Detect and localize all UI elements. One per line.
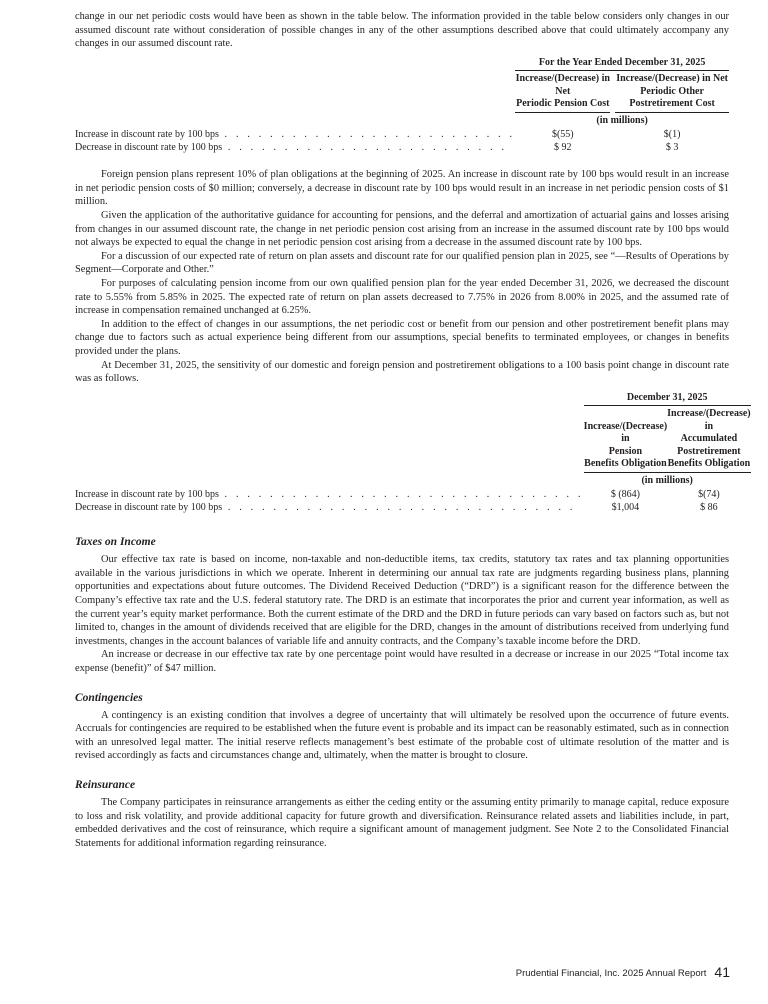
cell-value: $(1): [615, 129, 729, 142]
table-row: Decrease in discount rate by 100 bps . .…: [75, 142, 729, 155]
paragraph: For a discussion of our expected rate of…: [75, 250, 729, 277]
report-title: Prudential Financial, Inc. 2025 Annual R…: [516, 968, 707, 979]
table1-col-pension-header: Increase/(Decrease) in Net Periodic Pens…: [515, 71, 610, 113]
row-label: Increase in discount rate by 100 bps . .…: [75, 489, 584, 502]
cell-value: $ 92: [515, 142, 610, 155]
section-heading-contingencies: Contingencies: [75, 692, 729, 704]
cell-value: $ 86: [667, 502, 750, 515]
row-label: Decrease in discount rate by 100 bps . .…: [75, 142, 515, 155]
page-number: 41: [714, 964, 730, 980]
table2-col-pension-header: Increase/(Decrease) in Pension Benefits …: [584, 406, 667, 473]
section-heading-reinsurance: Reinsurance: [75, 779, 729, 791]
benefit-obligation-sensitivity-table: December 31, 2025 Increase/(Decrease) in…: [75, 392, 751, 515]
paragraph: Given the application of the authoritati…: [75, 209, 729, 250]
row-label: Decrease in discount rate by 100 bps . .…: [75, 502, 584, 515]
table1-col-postretirement-header: Increase/(Decrease) in Net Periodic Othe…: [615, 71, 729, 113]
paragraph: Our effective tax rate is based on incom…: [75, 553, 729, 648]
document-page: change in our net periodic costs would h…: [75, 10, 729, 850]
net-periodic-cost-sensitivity-table: For the Year Ended December 31, 2025 Inc…: [75, 57, 729, 155]
cell-value: $1,004: [584, 502, 667, 515]
table2-units: (in millions): [584, 472, 751, 489]
paragraph: Foreign pension plans represent 10% of p…: [75, 168, 729, 209]
table-row: Decrease in discount rate by 100 bps . .…: [75, 502, 751, 515]
paragraph: In addition to the effect of changes in …: [75, 318, 729, 359]
cell-value: $(74): [667, 489, 750, 502]
paragraph: For purposes of calculating pension inco…: [75, 277, 729, 318]
table1-units: (in millions): [515, 112, 729, 129]
paragraph: A contingency is an existing condition t…: [75, 709, 729, 763]
table-row: Increase in discount rate by 100 bps . .…: [75, 489, 751, 502]
cell-value: $ 3: [615, 142, 729, 155]
paragraph: An increase or decrease in our effective…: [75, 648, 729, 675]
cell-value: $ (864): [584, 489, 667, 502]
table1-period-header: For the Year Ended December 31, 2025: [515, 57, 729, 71]
cell-value: $(55): [515, 129, 610, 142]
table2-date-header: December 31, 2025: [584, 392, 751, 406]
paragraph: The Company participates in reinsurance …: [75, 796, 729, 850]
page-footer: Prudential Financial, Inc. 2025 Annual R…: [516, 964, 730, 980]
table-row: Increase in discount rate by 100 bps . .…: [75, 129, 729, 142]
paragraph: At December 31, 2025, the sensitivity of…: [75, 359, 729, 386]
row-label: Increase in discount rate by 100 bps . .…: [75, 129, 515, 142]
section-heading-taxes-on-income: Taxes on Income: [75, 536, 729, 548]
intro-paragraph: change in our net periodic costs would h…: [75, 10, 729, 51]
table2-col-postretirement-header: Increase/(Decrease) in Accumulated Postr…: [667, 406, 750, 473]
